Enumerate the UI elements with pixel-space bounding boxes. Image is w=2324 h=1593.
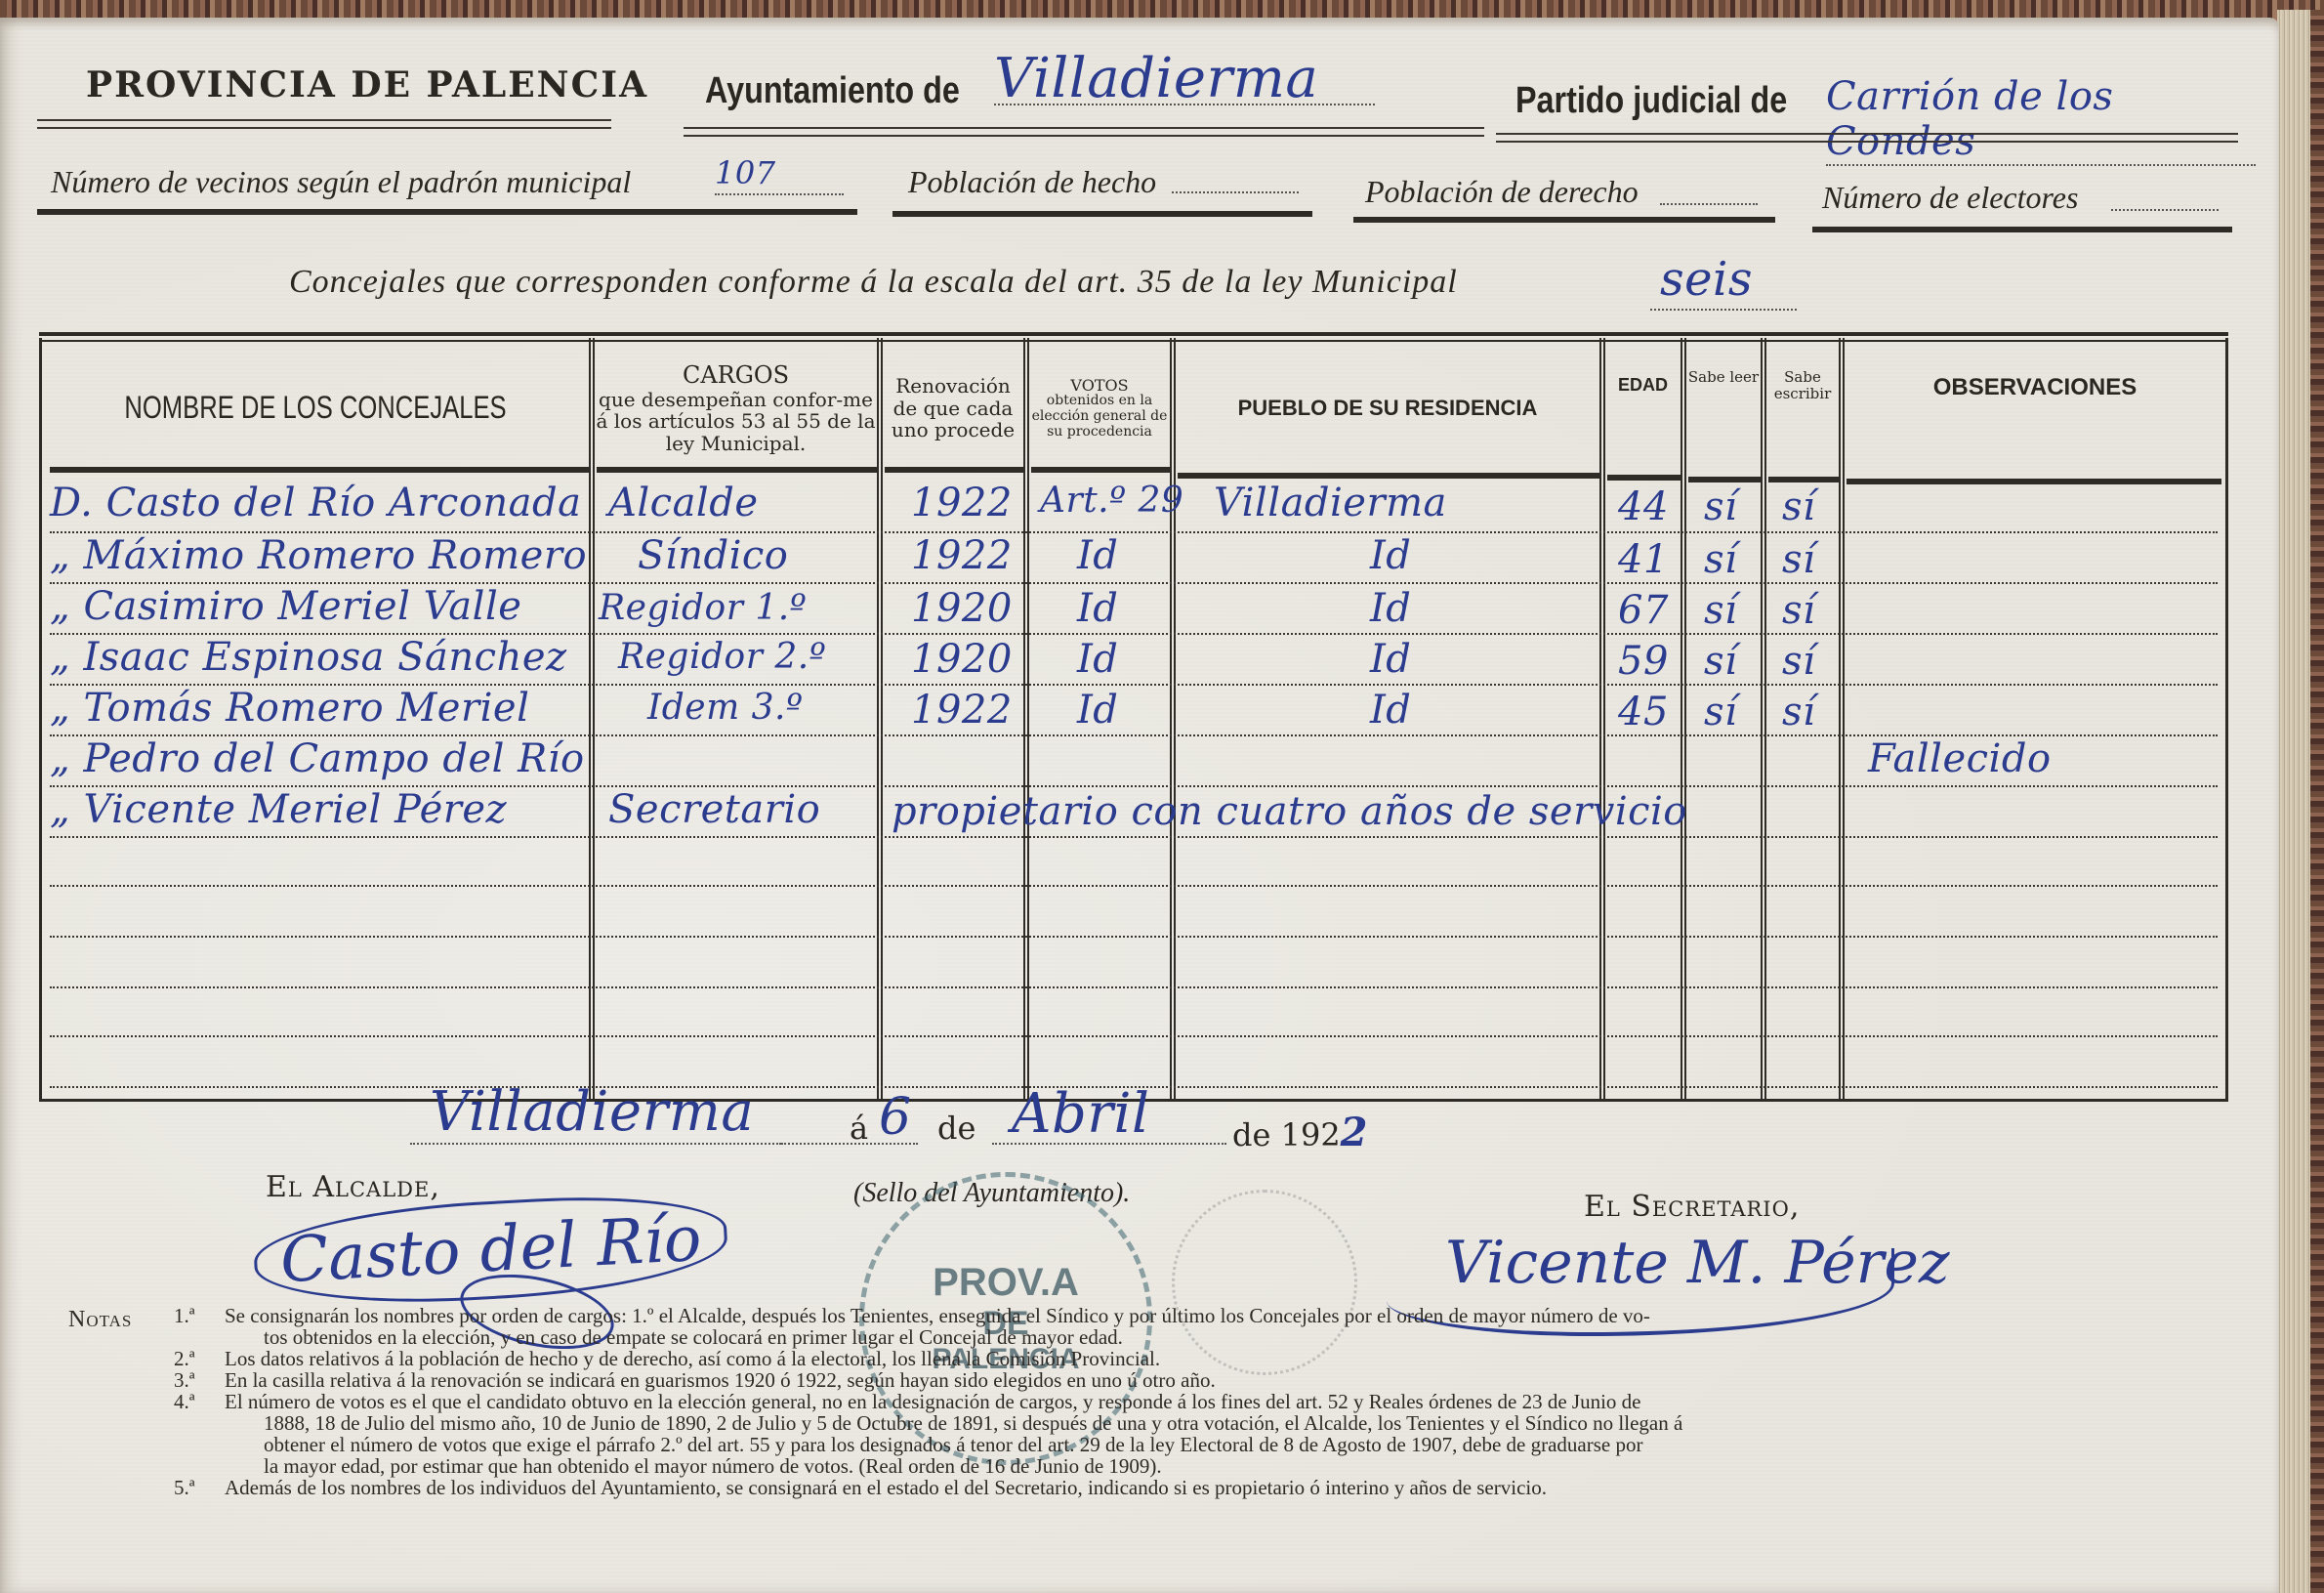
table-row-2-pueblo: Id [1370, 586, 1411, 631]
divider [37, 209, 857, 215]
header-rule [1607, 475, 1681, 481]
header-rule [885, 467, 1023, 473]
ayuntamiento-label: Ayuntamiento de [705, 70, 960, 112]
table-row-4-pueblo: Id [1370, 688, 1411, 733]
row-prefix: „ [50, 787, 70, 832]
divider [1496, 133, 2238, 143]
header-rule [1847, 479, 2221, 484]
row-nombre: Tomás Romero Meriel [83, 686, 529, 731]
date-place-dots [410, 1143, 781, 1145]
table-row-4-nombre: „ Tomás Romero Meriel [50, 686, 529, 731]
table-row-4-leer: sí [1704, 690, 1737, 734]
table-row-6-cargo: Secretario [608, 787, 820, 832]
note-number: 4.ª [174, 1391, 195, 1412]
note-4: 4.ª El número de votos es el que el cand… [68, 1391, 2236, 1477]
table-row-1-leer: sí [1704, 537, 1737, 582]
row-nombre: Casto del Río Arconada [106, 481, 582, 525]
note-line: El número de votos es el que el candidat… [225, 1391, 2236, 1412]
row-prefix: „ [50, 686, 70, 731]
table-row-1-votos: Id [1077, 533, 1118, 578]
date-day: 6 [879, 1088, 912, 1147]
date-month: Abril [1012, 1082, 1149, 1146]
table-row-3-renovacion: 1920 [911, 637, 1013, 682]
table-row-0-votos: Art.º 29 [1040, 481, 1183, 521]
note-3: 3.ª En la casilla relativa á la renovaci… [68, 1369, 2236, 1391]
electores-value [2111, 209, 2219, 211]
vecinos-value: 107 [715, 154, 844, 195]
table-row-5-nombre: „ Pedro del Campo del Río [50, 736, 585, 781]
table-row-0-pueblo: Villadierma [1214, 481, 1447, 525]
table-row-1-pueblo: Id [1370, 533, 1411, 578]
header-rule [1031, 467, 1170, 473]
row-nombre: Casimiro Meriel Valle [83, 584, 521, 629]
note-5: 5.ª Además de los nombres de los individ… [68, 1477, 2236, 1498]
header-votos-title: VOTOS [1070, 377, 1128, 395]
table-row-2-escribir: sí [1782, 588, 1815, 633]
header-sabe-leer: Sabe leer [1686, 350, 1761, 467]
ayuntamiento-value: Villadierma [994, 47, 1375, 105]
table-row-0-edad: 44 [1618, 484, 1669, 529]
row-rule [50, 986, 2218, 988]
row-nombre: Pedro del Campo del Río [83, 736, 584, 781]
header-rule [1768, 477, 1839, 482]
header-cargos-title: CARGOS [683, 362, 789, 389]
partido-judicial-value: Carrión de los Condes [1826, 74, 2256, 166]
note-number: 3.ª [174, 1369, 195, 1391]
note-line: Los datos relativos á la población de he… [225, 1348, 2236, 1369]
date-day-dots [781, 1143, 918, 1145]
poblacion-derecho-label: Población de derecho [1365, 174, 1639, 210]
note-line: 1888, 18 de Julio del mismo año, 10 de J… [225, 1412, 2236, 1434]
row-prefix: D. [50, 481, 93, 525]
table-row-0-leer: sí [1704, 484, 1737, 529]
table-row-2-votos: Id [1077, 586, 1118, 631]
header-rule [1178, 473, 1599, 479]
table-row-0-renovacion: 1922 [911, 481, 1013, 525]
table-row-6-nombre: „ Vicente Meriel Pérez [50, 787, 507, 832]
note-line: En la casilla relativa á la renovación s… [225, 1369, 2236, 1391]
header-edad: EDAD [1605, 350, 1681, 467]
note-number: 2.ª [174, 1348, 195, 1369]
table-row-1-cargo: Síndico [638, 533, 788, 578]
table-row-2-leer: sí [1704, 588, 1737, 633]
electores-label: Número de electores [1822, 180, 2078, 216]
table-row-3-pueblo: Id [1370, 637, 1411, 682]
date-place: Villadierma [430, 1080, 754, 1144]
note-number: 5.ª [174, 1477, 195, 1498]
table-row-3-nombre: „ Isaac Espinosa Sánchez [50, 635, 567, 680]
note-2: 2.ª Los datos relativos á la población d… [68, 1348, 2236, 1369]
concejales-escala-value: seis [1660, 252, 1753, 307]
table-row-0-cargo: Alcalde [608, 481, 759, 525]
row-rule [50, 936, 2218, 938]
row-nombre: Máximo Romero Romero [83, 533, 587, 578]
table-row-4-renovacion: 1922 [911, 688, 1013, 733]
row-prefix: „ [50, 736, 70, 781]
table-row-3-edad: 59 [1618, 639, 1669, 684]
divider [1812, 227, 2232, 232]
table-row-3-escribir: sí [1782, 639, 1815, 684]
table-row-4-edad: 45 [1618, 690, 1669, 734]
partido-judicial-label: Partido judicial de [1515, 80, 1787, 122]
header-nombre: NOMBRE DE LOS CONCEJALES [97, 350, 534, 467]
note-line: obtener el número de votos que exige el … [225, 1434, 2236, 1455]
vecinos-label: Número de vecinos según el padrón munici… [51, 164, 631, 200]
table-row-4-cargo: Idem 3.º [647, 688, 803, 728]
date-de-label: de [937, 1110, 975, 1147]
divider [892, 211, 1312, 217]
alcalde-label: El Alcalde, [266, 1170, 440, 1204]
concejales-escala-label: Concejales que corresponden conforme á l… [289, 264, 1458, 301]
table-row-1-nombre: „ Máximo Romero Romero [50, 533, 587, 578]
header-cargos-sub: que desempeñan confor-me á los artículos… [595, 389, 877, 454]
concejales-escala-dots [1650, 309, 1797, 311]
concejales-table: NOMBRE DE LOS CONCEJALES CARGOS que dese… [39, 338, 2228, 1102]
secretario-label: El Secretario, [1584, 1190, 1800, 1224]
header-renovacion: Renovación de que cada uno procede [883, 350, 1023, 467]
table-row-4-escribir: sí [1782, 690, 1815, 734]
notes-section: Notas 1.ª Se consignarán los nombres por… [68, 1305, 2236, 1498]
table-row-0-escribir: sí [1782, 484, 1815, 529]
header-rule [597, 467, 877, 473]
table-row-3-leer: sí [1704, 639, 1737, 684]
header-votos-sub: obtenidos en la elección general de su p… [1029, 394, 1170, 440]
note-1: 1.ª Se consignarán los nombres por orden… [68, 1305, 2236, 1348]
row-rule [50, 885, 2218, 887]
divider [684, 127, 1484, 137]
poblacion-derecho-value [1660, 203, 1758, 205]
table-row-2-nombre: „ Casimiro Meriel Valle [50, 584, 521, 629]
date-year-handwritten: 2 [1341, 1110, 1368, 1155]
table-row-0-nombre: D. Casto del Río Arconada [50, 481, 581, 525]
header-rule [50, 467, 589, 473]
table-row-4-votos: Id [1077, 688, 1118, 733]
poblacion-hecho-label: Población de hecho [908, 164, 1156, 200]
table-row-3-cargo: Regidor 2.º [618, 637, 826, 677]
row-nombre: Isaac Espinosa Sánchez [83, 635, 566, 680]
header-observaciones: OBSERVACIONES [1845, 350, 2225, 467]
table-row-5-observaciones: Fallecido [1868, 736, 2052, 781]
table-row-2-renovacion: 1920 [911, 586, 1013, 631]
divider [37, 119, 611, 129]
note-line: Además de los nombres de los individuos … [225, 1477, 2236, 1498]
table-row-1-escribir: sí [1782, 537, 1815, 582]
row-prefix: „ [50, 635, 70, 680]
header-rule [1688, 477, 1761, 482]
table-row-2-edad: 67 [1618, 588, 1669, 633]
row-rule [50, 836, 2218, 838]
note-line: Se consignarán los nombres por orden de … [225, 1305, 2236, 1326]
header-votos: VOTOS obtenidos en la elección general d… [1029, 350, 1170, 467]
row-nombre: Vicente Meriel Pérez [83, 787, 507, 832]
row-prefix: „ [50, 584, 70, 629]
stamp-line-1: PROV.A [933, 1261, 1079, 1305]
note-line: tos obtenidos en la elección, y en caso … [225, 1326, 2236, 1348]
form-page: PROVINCIA DE PALENCIA Ayuntamiento de Vi… [0, 18, 2279, 1593]
date-year: de 1922 [1232, 1110, 1368, 1155]
divider [1353, 217, 1775, 223]
table-row-1-renovacion: 1922 [911, 533, 1013, 578]
table-row-6-nota: propietario con cuatro años de servicio [892, 789, 1687, 834]
header-pueblo: PUEBLO DE SU RESIDENCIA [1176, 350, 1599, 467]
poblacion-hecho-value [1172, 191, 1299, 193]
row-prefix: „ [50, 533, 70, 578]
date-month-dots [992, 1143, 1226, 1145]
row-rule [50, 1035, 2218, 1037]
header-cargos: CARGOS que desempeñan confor-me á los ar… [595, 350, 877, 467]
table-row-1-edad: 41 [1618, 537, 1669, 582]
date-a-label: á [850, 1110, 868, 1147]
table-row-2-cargo: Regidor 1.º [599, 588, 807, 628]
provincia-title: PROVINCIA DE PALENCIA [86, 64, 648, 105]
book-page-edges [2277, 10, 2324, 1593]
table-row-3-votos: Id [1077, 637, 1118, 682]
header-sabe-escribir: Sabe escribir [1766, 350, 1839, 467]
date-year-printed: de 192 [1232, 1116, 1341, 1153]
note-number: 1.ª [174, 1305, 195, 1326]
note-line: la mayor edad, por estimar que han obten… [225, 1455, 2236, 1477]
